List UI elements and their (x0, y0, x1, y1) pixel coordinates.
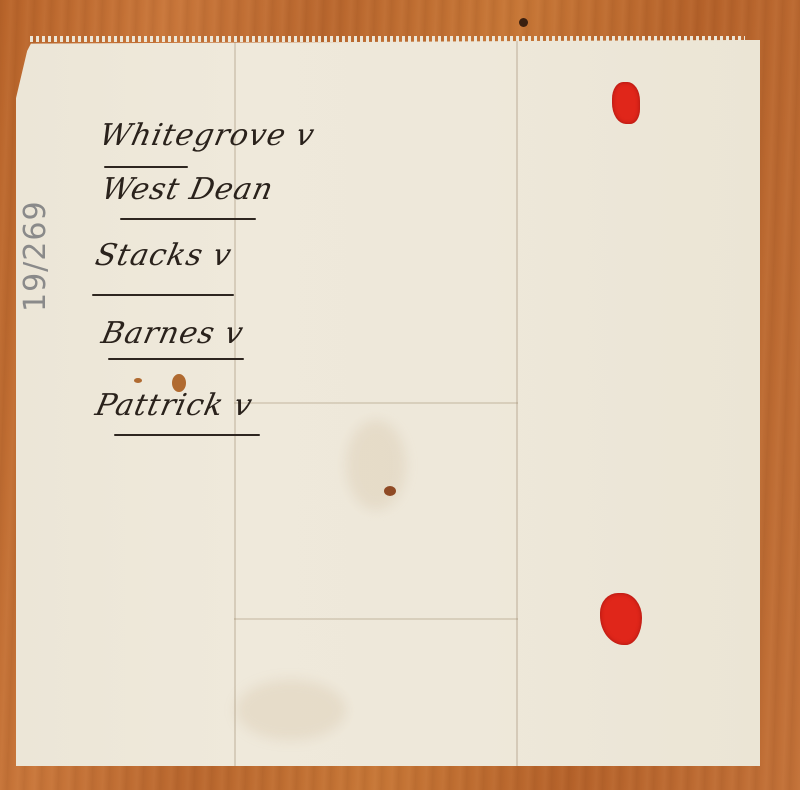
wood-knot (519, 18, 528, 27)
fold-line-lower (234, 618, 518, 620)
fold-line-horizontal (234, 402, 518, 404)
pencil-archive-number: 19/269 (18, 200, 53, 312)
entry-barnes: Barnes v (98, 316, 247, 351)
entry-west-dean: West Dean (98, 172, 277, 207)
entry-stacks: Stacks v (92, 238, 235, 273)
stain (346, 420, 406, 510)
rust-spot (384, 486, 396, 496)
rust-spot (172, 374, 186, 392)
underline (104, 166, 188, 168)
underline (108, 358, 244, 360)
rust-spot (134, 378, 142, 383)
stain (236, 680, 346, 740)
wax-seal-top (612, 82, 640, 124)
underline (92, 294, 234, 296)
underline (114, 434, 260, 436)
entry-whitegrove: Whitegrove v (96, 118, 318, 153)
entry-pattrick: Pattrick v (92, 388, 256, 423)
underline (120, 218, 256, 220)
document-sheet: Whitegrove v West Dean Stacks v Barnes v… (16, 40, 760, 766)
